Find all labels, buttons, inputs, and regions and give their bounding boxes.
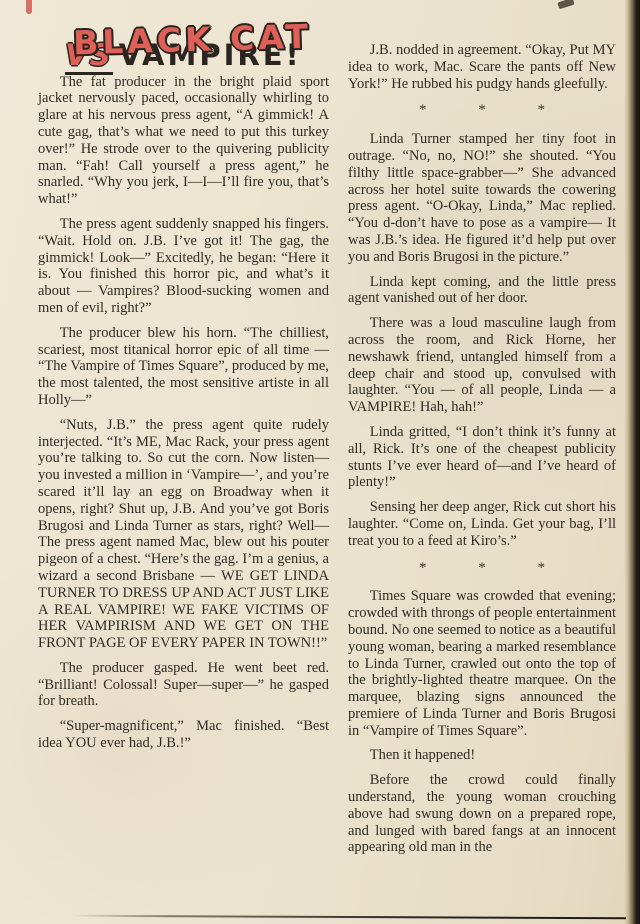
paragraph: There was a loud masculine laugh from ac… bbox=[348, 315, 616, 416]
right-column: J.B. nodded in agreement. “Okay, Put MY … bbox=[348, 26, 616, 864]
paragraph: Before the crowd could finally understan… bbox=[348, 772, 616, 856]
scan-artifact-red bbox=[26, 0, 32, 14]
paragraph: The fat producer in the bright plaid spo… bbox=[38, 74, 329, 208]
paragraph: J.B. nodded in agreement. “Okay, Put MY … bbox=[348, 42, 616, 92]
story-title: BLACK CAT VSVAMPIRE! bbox=[38, 32, 329, 64]
section-separator: * * * bbox=[348, 560, 616, 577]
section-separator: * * * bbox=[348, 102, 616, 119]
paragraph: The producer blew his horn. “The chillie… bbox=[38, 325, 329, 409]
paragraph: Linda kept coming, and the little press … bbox=[348, 274, 616, 308]
paragraph: The press agent suddenly snapped his fin… bbox=[38, 216, 329, 317]
paragraph: Times Square was crowded that evening; c… bbox=[348, 588, 616, 739]
page-edge-right bbox=[624, 0, 640, 924]
paragraph: “Nuts, J.B.” the press agent quite rudel… bbox=[38, 417, 329, 652]
paragraph: “Super-magnificent,” Mac finished. “Best… bbox=[38, 718, 329, 752]
paragraph: Then it happened! bbox=[348, 747, 616, 764]
paragraph: Linda gritted, “I don’t think it’s funny… bbox=[348, 424, 616, 491]
story-page: BLACK CAT VSVAMPIRE! The fat producer in… bbox=[38, 26, 616, 864]
paragraph: Sensing her deep anger, Rick cut short h… bbox=[348, 499, 616, 549]
paragraph: The producer gasped. He went beet red. “… bbox=[38, 660, 329, 710]
paragraph: Linda Turner stamped her tiny foot in ou… bbox=[348, 131, 616, 265]
left-column: BLACK CAT VSVAMPIRE! The fat producer in… bbox=[38, 26, 329, 864]
story-title-line1: BLACK CAT bbox=[56, 28, 329, 52]
